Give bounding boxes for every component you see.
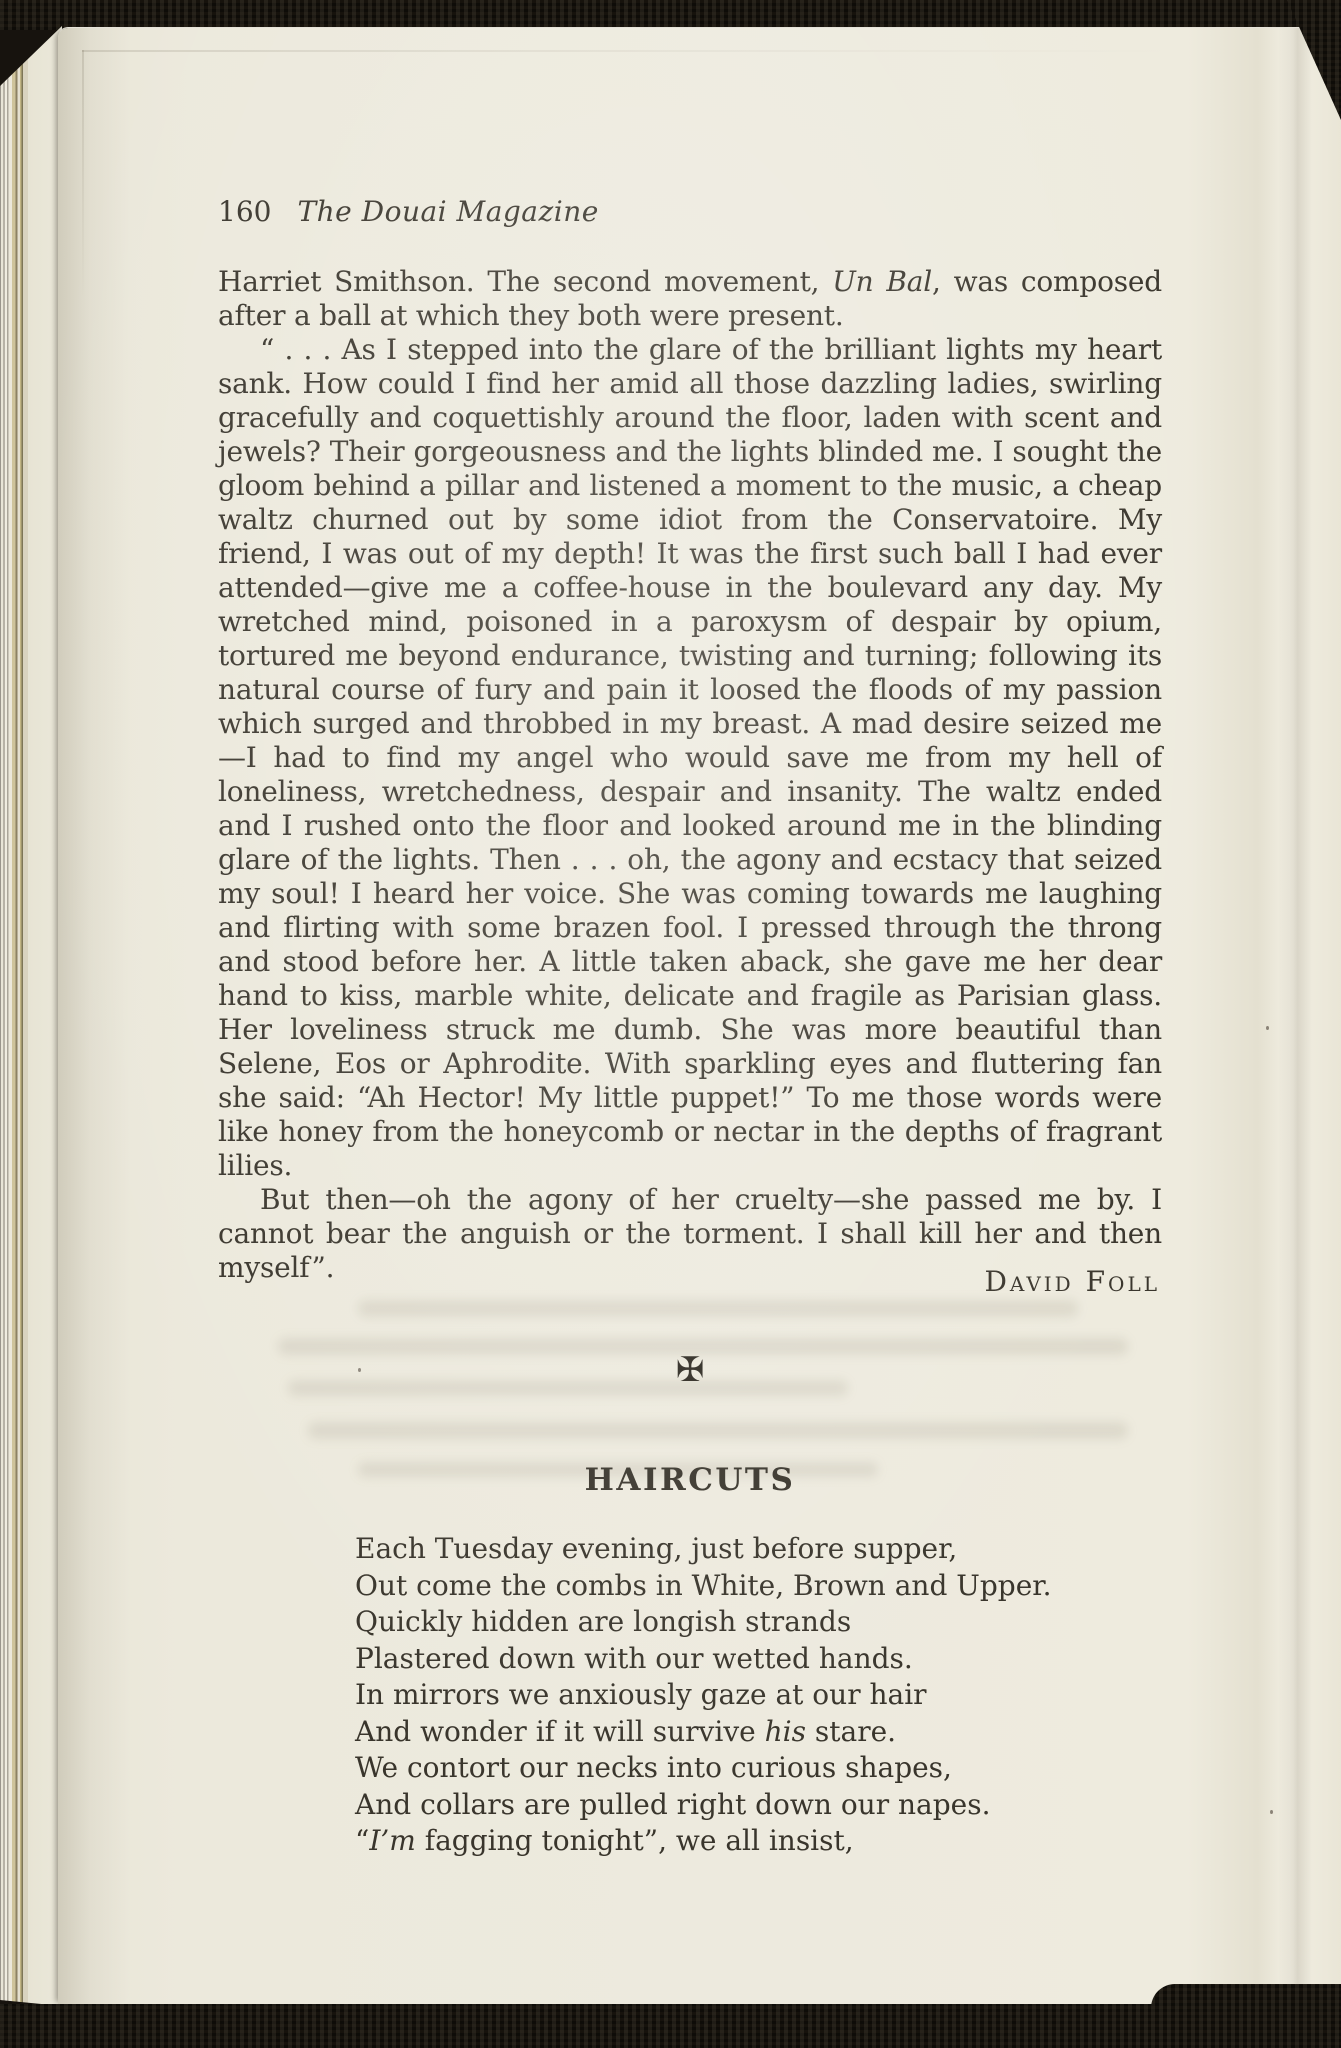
poem-line: Out come the combs in White, Brown and U…	[355, 1568, 1052, 1605]
story-author: David Foll	[984, 1265, 1160, 1298]
italic-text: I’m	[369, 1824, 416, 1857]
printed-content: 160The Douai Magazine Harriet Smithson. …	[218, 28, 1162, 2004]
dust-speck	[1266, 1026, 1269, 1030]
poem-line: Plastered down with our wetted hands.	[355, 1641, 1052, 1678]
italic-text: his	[765, 1715, 806, 1748]
book-page: 160The Douai Magazine Harriet Smithson. …	[58, 28, 1341, 2004]
page-stack-edges	[0, 26, 62, 2006]
poem-line: In mirrors we anxiously gaze at our hair	[355, 1677, 1052, 1714]
book-cover-top-band	[0, 0, 1341, 30]
maltese-cross-icon: ✠	[218, 1350, 1162, 1390]
text-segment: We contort our necks into curious shapes…	[355, 1751, 952, 1784]
text-segment: Each Tuesday evening, just before supper…	[355, 1532, 957, 1565]
poem-body: Each Tuesday evening, just before supper…	[355, 1531, 1052, 1860]
text-segment: Out come the combs in White, Brown and U…	[355, 1569, 1052, 1602]
page-number: 160	[218, 195, 271, 228]
poem-line: And collars are pulled right down our na…	[355, 1787, 1052, 1824]
page-left-shadow	[58, 28, 130, 2004]
story-text: Harriet Smithson. The second movement, U…	[218, 265, 1162, 1285]
text-segment: “	[355, 1824, 369, 1857]
text-segment: In mirrors we anxiously gaze at our hair	[355, 1678, 927, 1711]
text-segment: Plastered down with our wetted hands.	[355, 1642, 913, 1675]
text-segment: fagging tonight”, we all insist,	[416, 1824, 854, 1857]
poem-line: We contort our necks into curious shapes…	[355, 1750, 1052, 1787]
poem-line: “I’m fagging tonight”, we all insist,	[355, 1823, 1052, 1860]
text-segment: Quickly hidden are longish strands	[355, 1605, 851, 1638]
text-segment: And wonder if it will survive	[355, 1715, 765, 1748]
poem-line: And wonder if it will survive his stare.	[355, 1714, 1052, 1751]
poem-line: Quickly hidden are longish strands	[355, 1604, 1052, 1641]
poem-title: HAIRCUTS	[218, 1462, 1162, 1498]
poem-line: Each Tuesday evening, just before supper…	[355, 1531, 1052, 1568]
page-header: 160The Douai Magazine	[218, 195, 599, 229]
page-fold-shadow	[1278, 28, 1312, 2004]
text-segment: And collars are pulled right down our na…	[355, 1788, 990, 1821]
emboss-line-vertical	[82, 50, 84, 300]
text-segment: “ . . . As I stepped into the glare of t…	[218, 333, 1162, 1182]
story-paragraph: Harriet Smithson. The second movement, U…	[218, 265, 1162, 333]
book-cover-bottom-right-corner	[1151, 1984, 1341, 2048]
dust-speck	[1270, 1810, 1273, 1814]
text-segment: Harriet Smithson. The second movement,	[218, 265, 832, 298]
text-segment: stare.	[806, 1715, 896, 1748]
story-paragraph: “ . . . As I stepped into the glare of t…	[218, 333, 1162, 1183]
book-cover-bottom-band	[0, 2004, 1341, 2048]
italic-text: Un Bal	[832, 265, 932, 298]
magazine-title: The Douai Magazine	[297, 195, 598, 228]
